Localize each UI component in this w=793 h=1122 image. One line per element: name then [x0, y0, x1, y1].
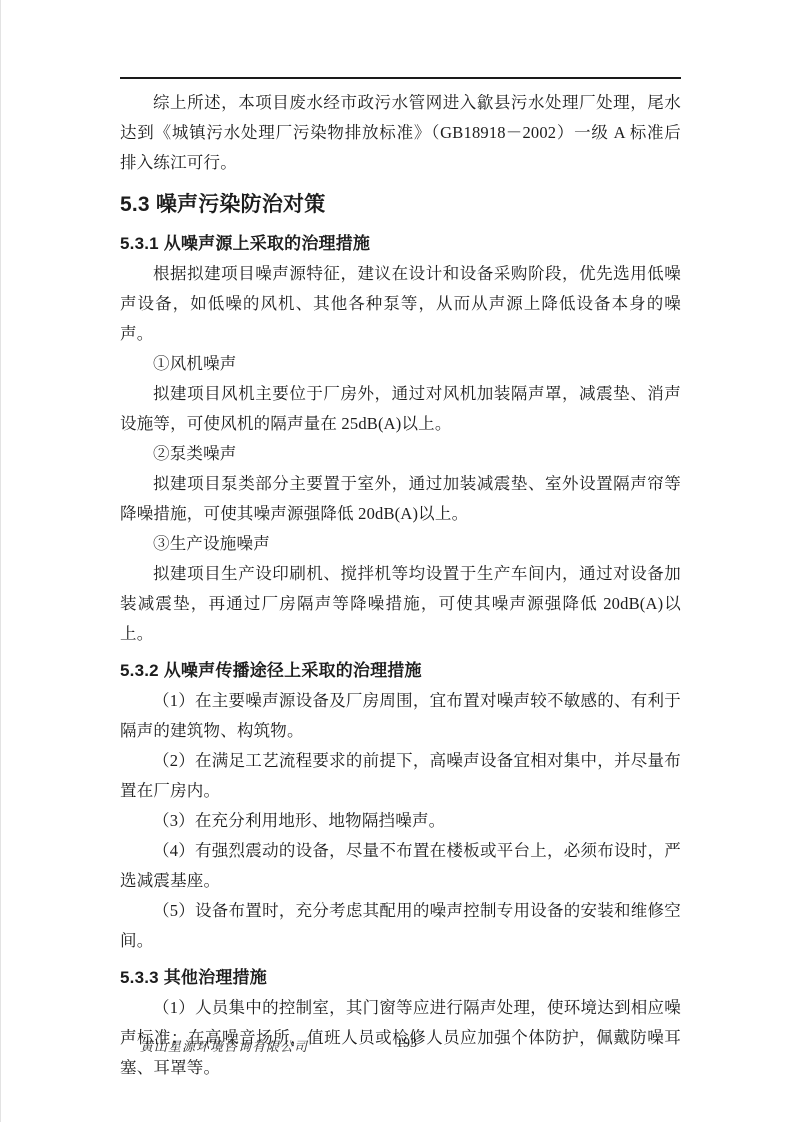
subsection-heading: 5.3.2 从噪声传播途径上采取的治理措施 [120, 656, 681, 686]
subsection-heading: 5.3.3 其他治理措施 [120, 963, 681, 993]
document-content: 综上所述，本项目废水经市政污水管网进入歙县污水处理厂处理，尾水达到《城镇污水处理… [120, 88, 681, 1083]
document-page: 综上所述，本项目废水经市政污水管网进入歙县污水处理厂处理，尾水达到《城镇污水处理… [0, 0, 793, 1122]
paragraph: 拟建项目风机主要位于厂房外，通过对风机加装隔声罩，减震垫、消声设施等，可使风机的… [120, 379, 681, 439]
section-heading: 5.3 噪声污染防治对策 [120, 190, 681, 220]
paragraph: ①风机噪声 [120, 349, 681, 379]
paragraph: 拟建项目泵类部分主要置于室外，通过加装减震垫、室外设置隔声帘等降噪措施，可使其噪… [120, 469, 681, 529]
paragraph: ②泵类噪声 [120, 439, 681, 469]
header-rule [120, 77, 681, 79]
paragraph: （3）在充分利用地形、地物隔挡噪声。 [120, 806, 681, 836]
paragraph: ③生产设施噪声 [120, 529, 681, 559]
page-edge-line [0, 0, 1, 1122]
page-footer: 黄山星源环境咨询有限公司 193 [0, 1036, 793, 1058]
footer-page-number: 193 [396, 1036, 417, 1052]
paragraph: （1）在主要噪声源设备及厂房周围，宜布置对噪声较不敏感的、有利于隔声的建筑物、构… [120, 686, 681, 746]
subsection-heading: 5.3.1 从噪声源上采取的治理措施 [120, 229, 681, 259]
footer-company-name: 黄山星源环境咨询有限公司 [140, 1036, 308, 1055]
paragraph: 综上所述，本项目废水经市政污水管网进入歙县污水处理厂处理，尾水达到《城镇污水处理… [120, 88, 681, 178]
paragraph: （4）有强烈震动的设备，尽量不布置在楼板或平台上，必须布设时，严选减震基座。 [120, 836, 681, 896]
paragraph: （2）在满足工艺流程要求的前提下，高噪声设备宜相对集中，并尽量布置在厂房内。 [120, 746, 681, 806]
paragraph: 根据拟建项目噪声源特征，建议在设计和设备采购阶段，优先选用低噪声设备，如低噪的风… [120, 259, 681, 349]
paragraph: 拟建项目生产设印刷机、搅拌机等均设置于生产车间内，通过对设备加装减震垫，再通过厂… [120, 559, 681, 649]
paragraph: （5）设备布置时，充分考虑其配用的噪声控制专用设备的安装和维修空间。 [120, 896, 681, 956]
